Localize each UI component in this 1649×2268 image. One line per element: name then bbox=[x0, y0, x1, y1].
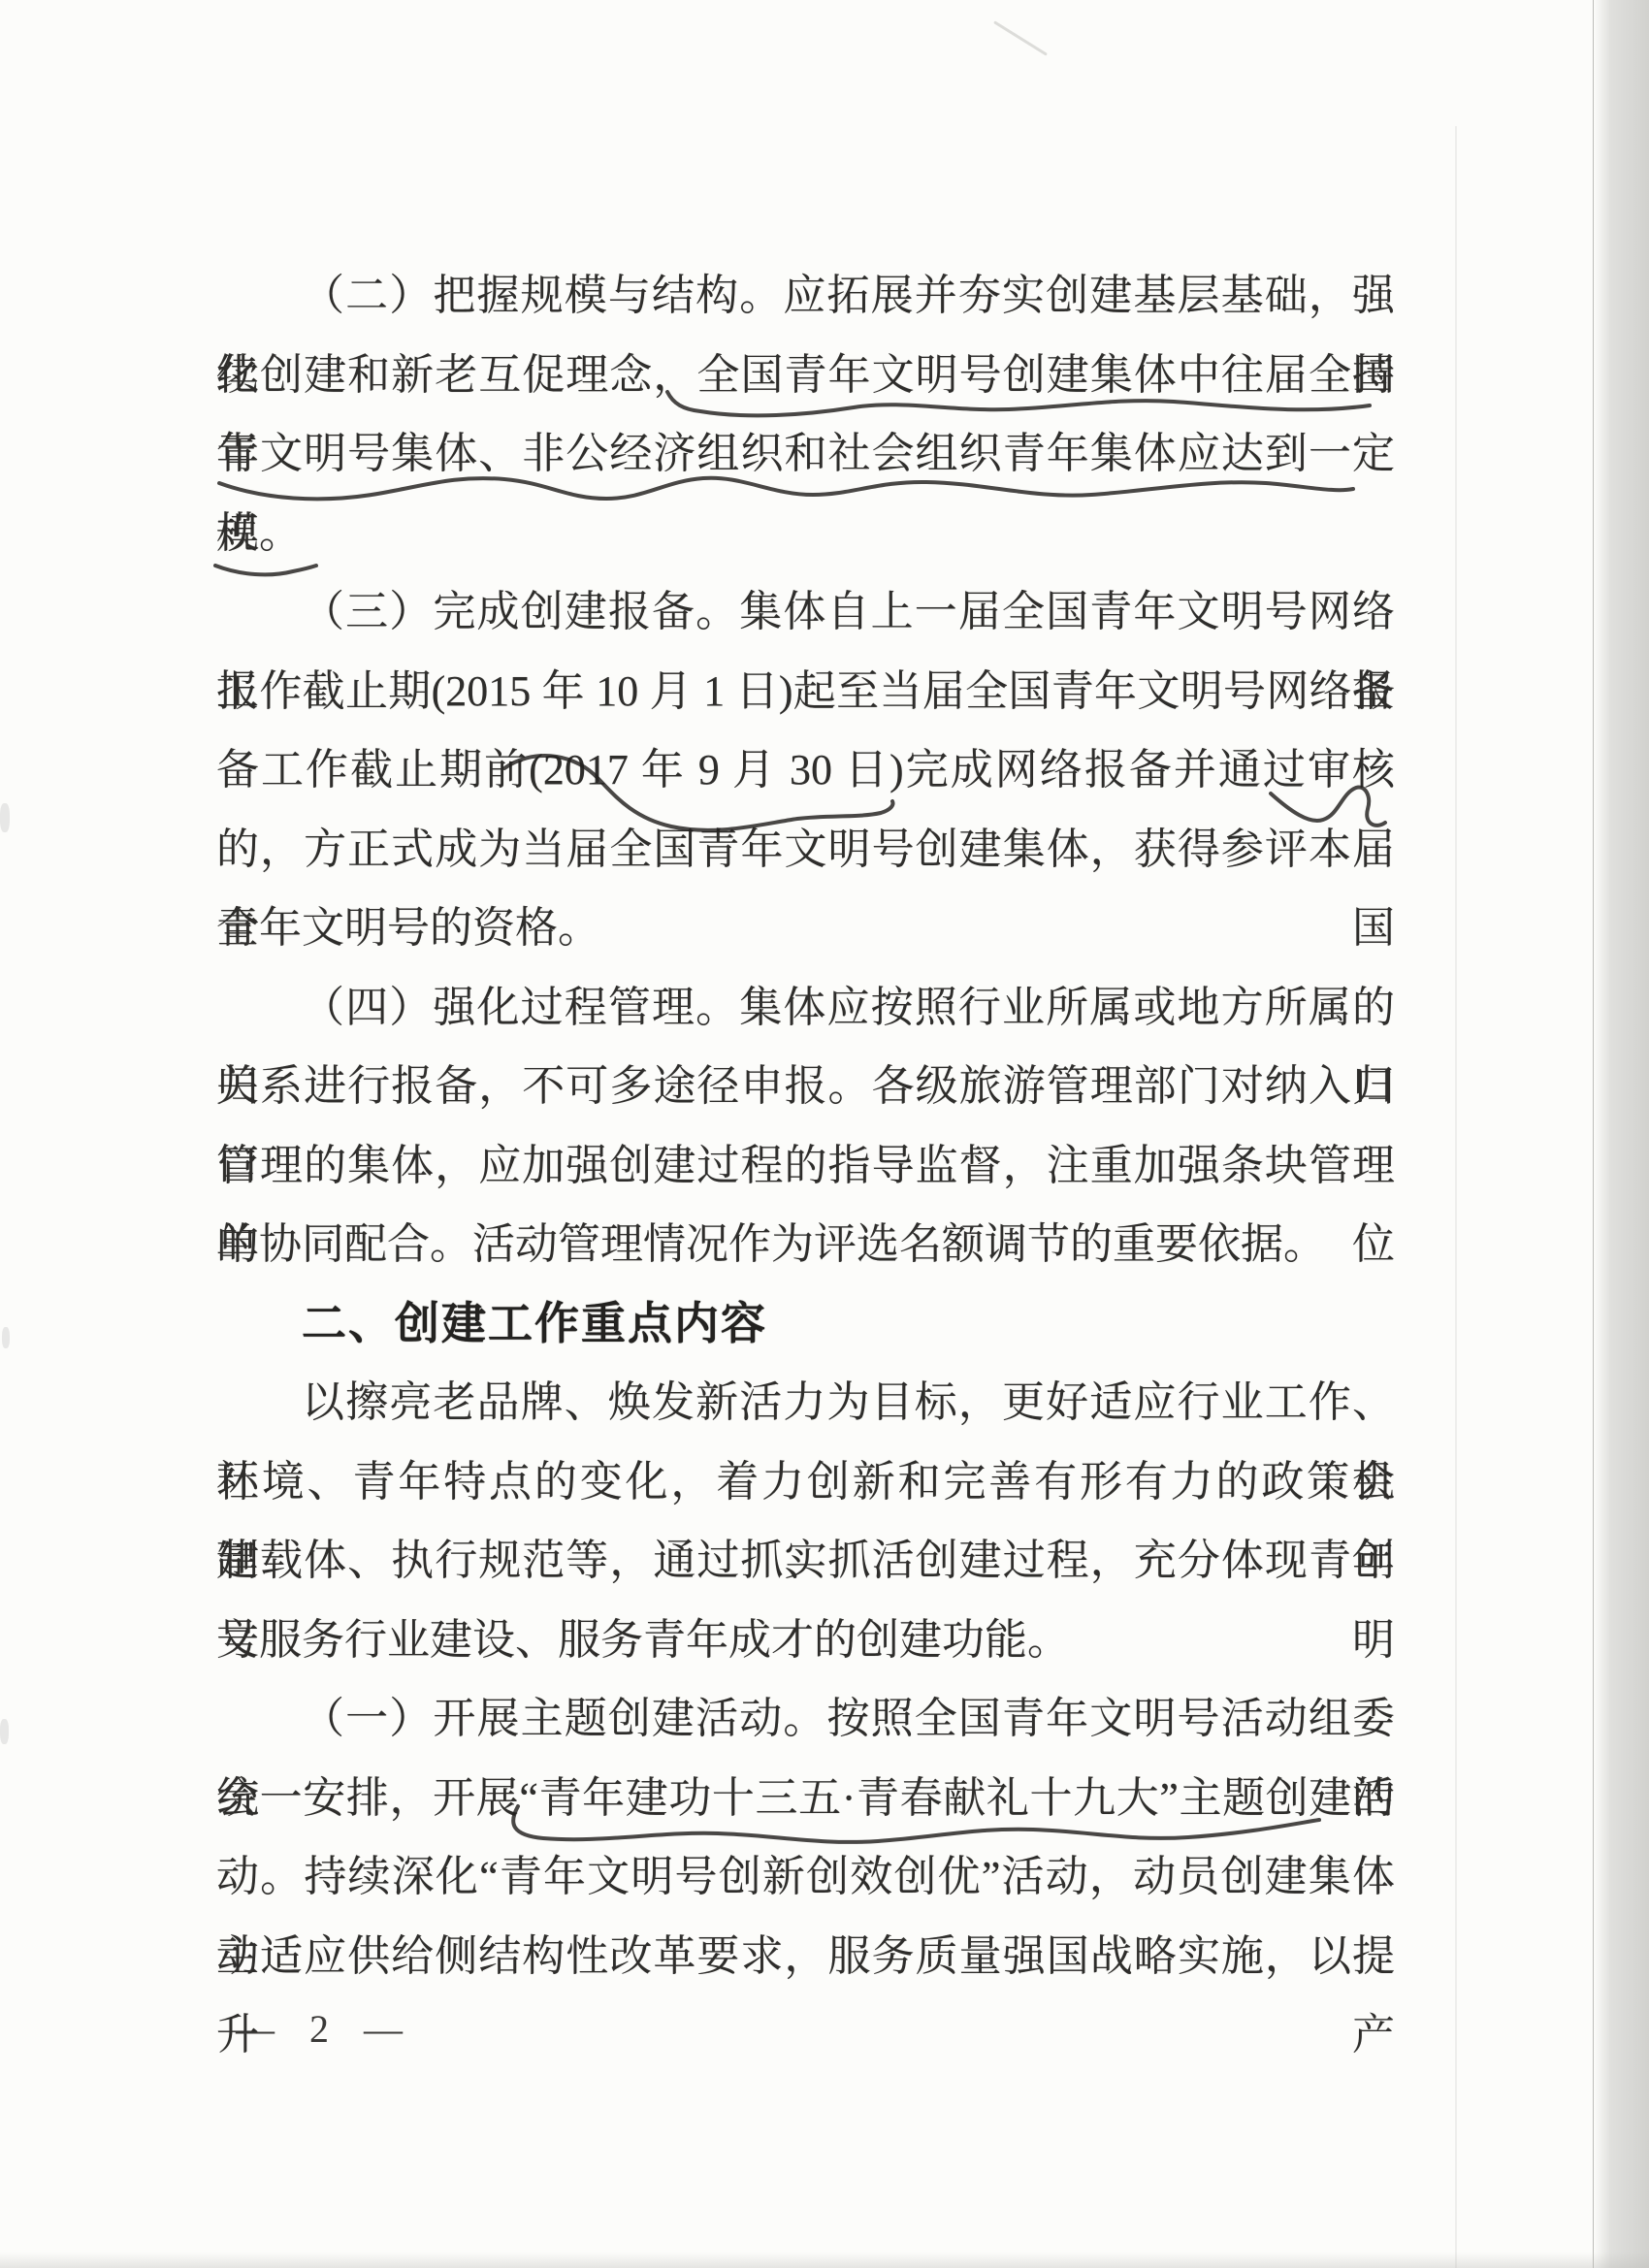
text-line: （一）开展主题创建活动。按照全国青年文明号活动组委会的 bbox=[216, 1679, 1395, 1759]
text-line: 建载体、执行规范等，通过抓实抓活创建过程，充分体现青年文明 bbox=[216, 1521, 1395, 1601]
text-line: 备工作截止期前(2017 年 9 月 30 日)完成网络报备并通过审核 bbox=[216, 730, 1395, 810]
text-line: 续创建和新老互促理念，全国青年文明号创建集体中往届全国青 bbox=[216, 336, 1395, 415]
text-line: 年文明号集体、非公经济组织和社会组织青年集体应达到一定规 bbox=[216, 414, 1395, 494]
text-line: 的协同配合。活动管理情况作为评选名额调节的重要依据。 bbox=[216, 1205, 1395, 1284]
scan-smudge bbox=[0, 803, 10, 832]
scan-smudge bbox=[2, 1327, 10, 1348]
text-line: 模。 bbox=[216, 494, 1395, 573]
paper-bottom-edge-shadow bbox=[0, 2252, 1649, 2268]
text-line: （二）把握规模与结构。应拓展并夯实创建基层基础，强化持 bbox=[216, 256, 1395, 336]
scanned-document-page: （二）把握规模与结构。应拓展并夯实创建基层基础，强化持 续创建和新老互促理念，全… bbox=[0, 0, 1649, 2268]
text-line: 工作截止期(2015 年 10 月 1 日)起至当届全国青年文明号网络报 bbox=[216, 652, 1395, 731]
page-number: — 2 — bbox=[236, 2000, 403, 2058]
text-line: 动适应供给侧结构性改革要求，服务质量强国战略实施，以提升产 bbox=[216, 1917, 1395, 1996]
text-line: 以擦亮老品牌、焕发新活力为目标，更好适应行业工作、社会 bbox=[216, 1363, 1395, 1442]
text-line: 统一安排，开展“青年建功十三五·青春献礼十九大”主题创建活 bbox=[216, 1759, 1395, 1838]
text-line: 关系进行报备，不可多途径申报。各级旅游管理部门对纳入归口 bbox=[216, 1047, 1395, 1126]
paper-right-edge-shadow bbox=[1593, 0, 1649, 2268]
text-line: 的，方正式成为当届全国青年文明号创建集体，获得参评本届全国 bbox=[216, 810, 1395, 890]
scanner-streak-artifact bbox=[1455, 126, 1457, 2268]
text-line: 管理的集体，应加强创建过程的指导监督，注重加强条块管理单位 bbox=[216, 1126, 1395, 1206]
text-line: 环境、青年特点的变化，着力创新和完善有形有力的政策机制、创 bbox=[216, 1442, 1395, 1522]
body-text: （二）把握规模与结构。应拓展并夯实创建基层基础，强化持 续创建和新老互促理念，全… bbox=[216, 256, 1395, 1995]
scan-smudge bbox=[0, 1719, 9, 1744]
text-line: 动。持续深化“青年文明号创新创效创优”活动，动员创建集体主 bbox=[216, 1837, 1395, 1917]
text-line: （四）强化过程管理。集体应按照行业所属或地方所属的归口 bbox=[216, 968, 1395, 1048]
text-line: （三）完成创建报备。集体自上一届全国青年文明号网络报备 bbox=[216, 572, 1395, 652]
paper-crease-mark bbox=[993, 20, 1048, 55]
section-heading: 二、创建工作重点内容 bbox=[216, 1284, 1395, 1364]
